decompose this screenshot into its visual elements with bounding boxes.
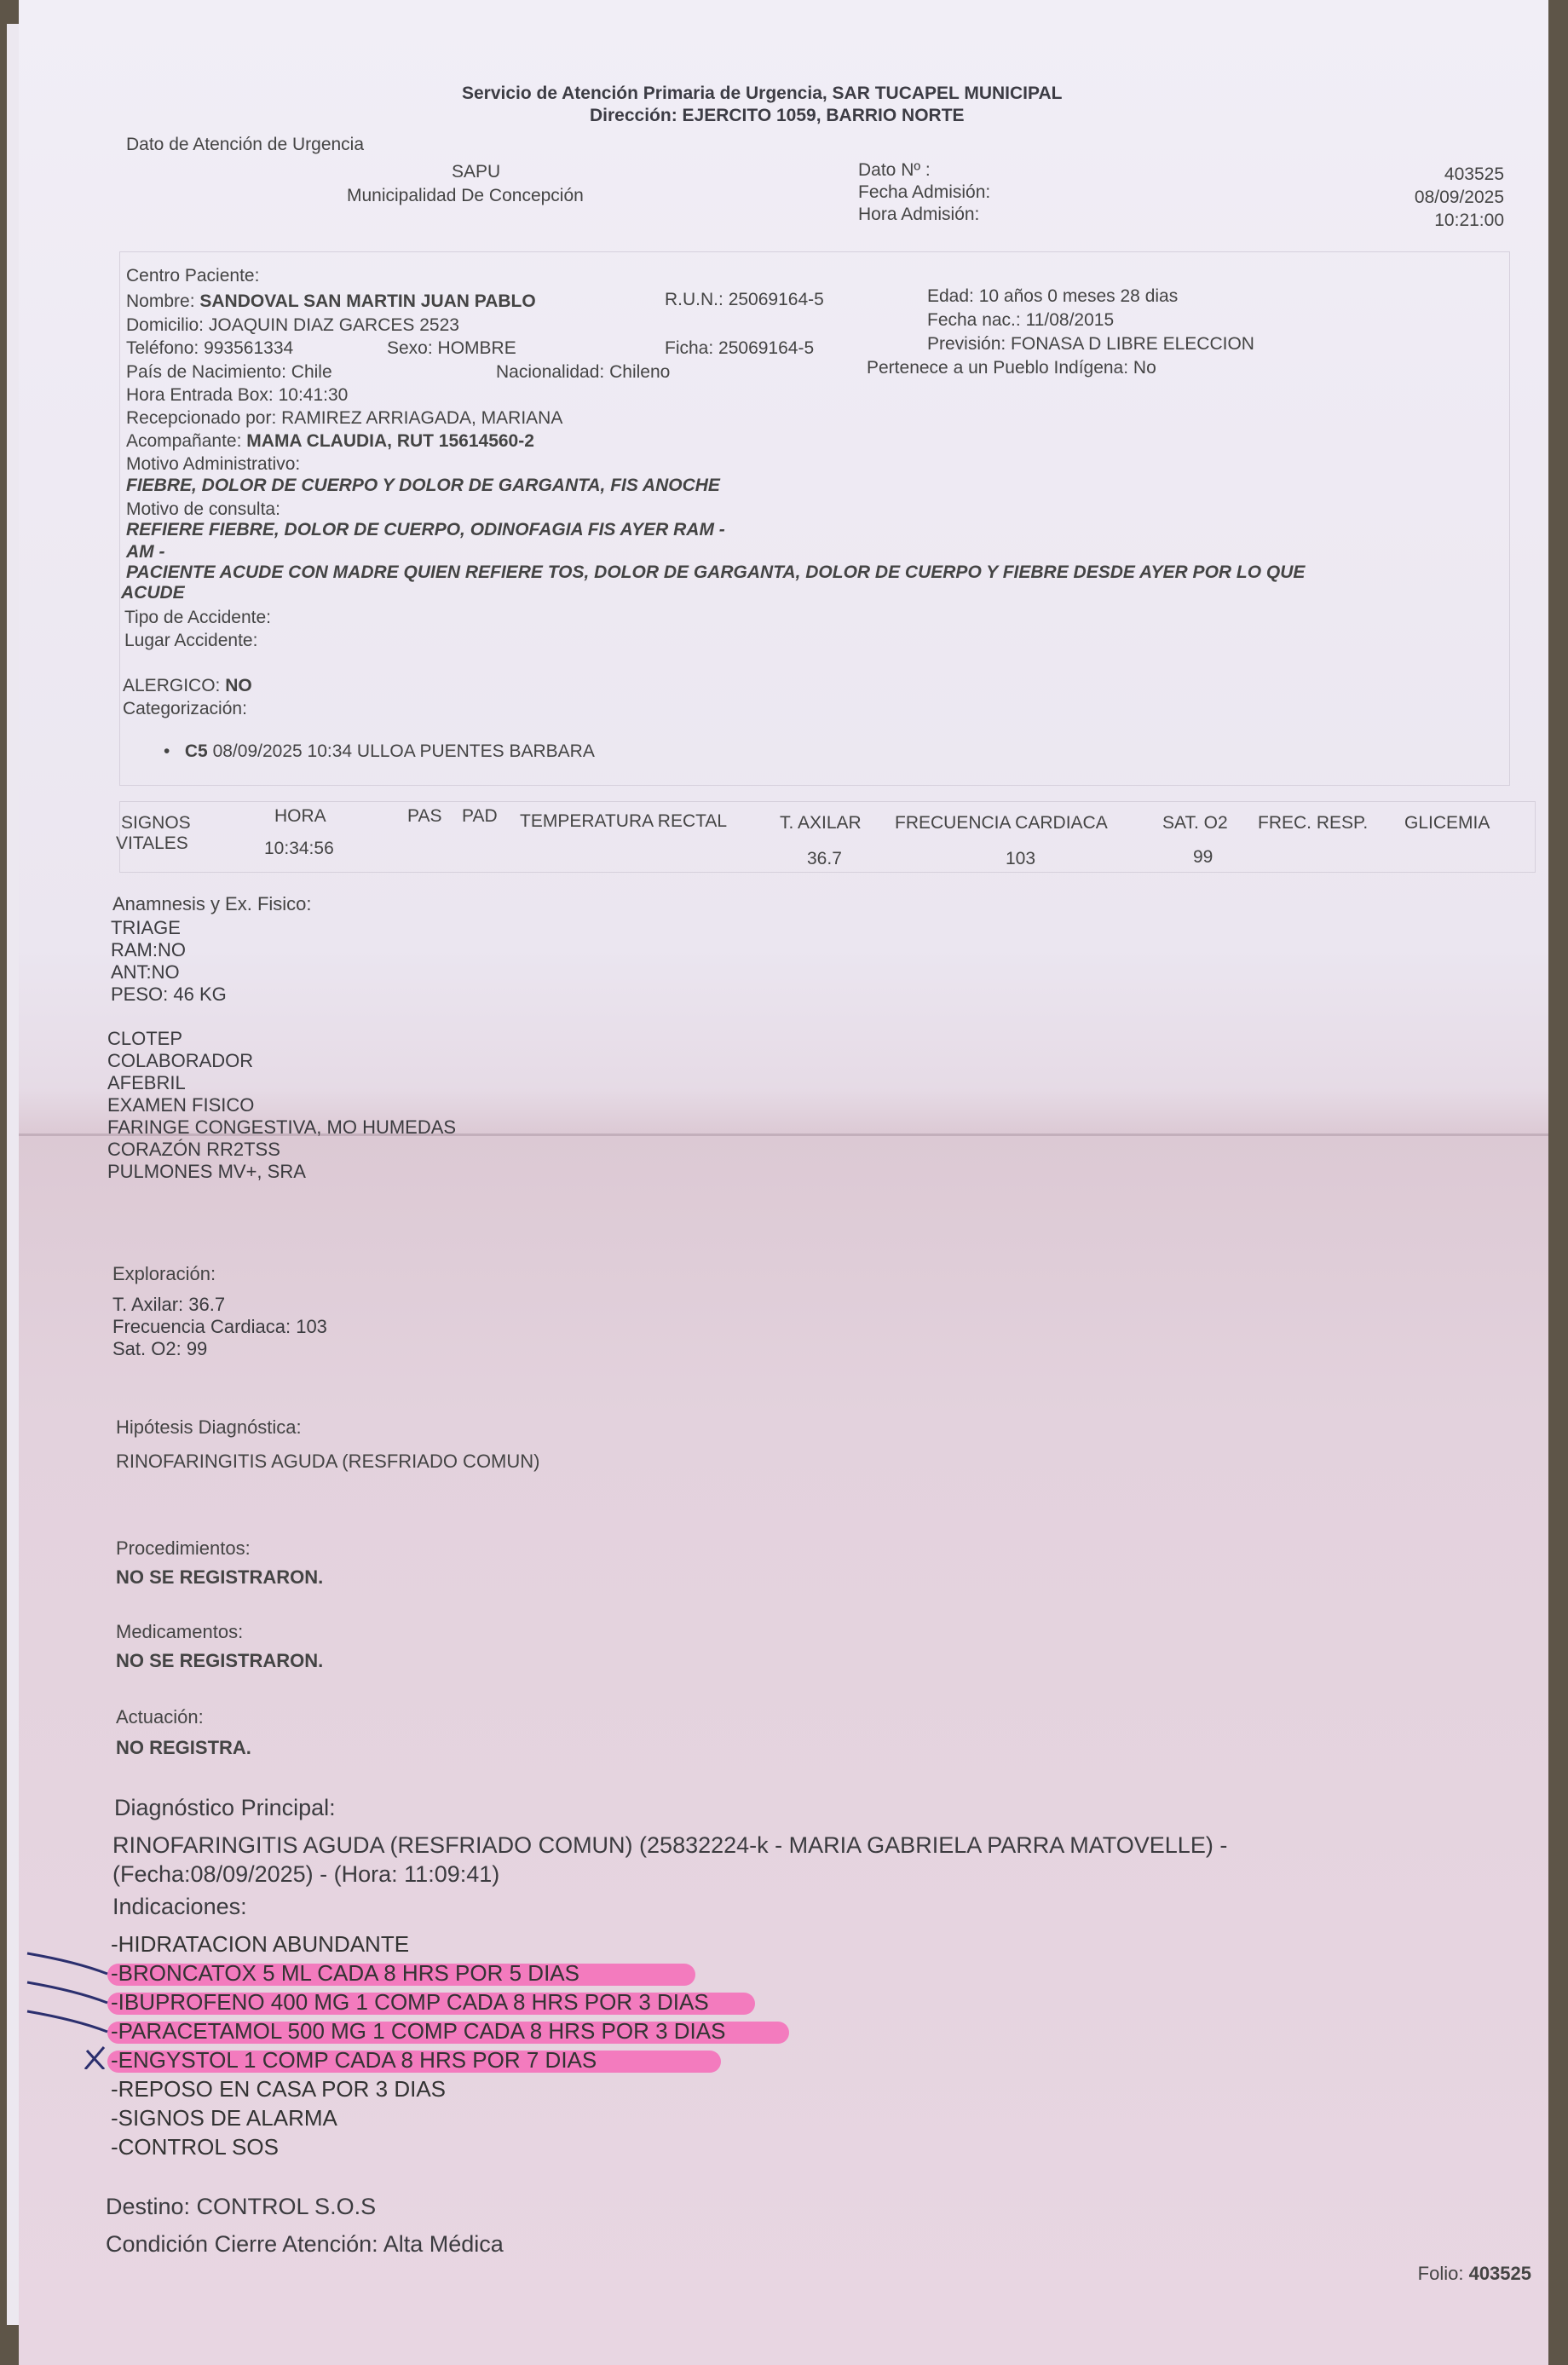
- pais-label: País de Nacimiento:: [126, 362, 286, 382]
- indicacion-item: -IBUPROFENO 400 MG 1 COMP CADA 8 HRS POR…: [111, 1989, 709, 2016]
- motivo-adm-label: Motivo Administrativo:: [126, 454, 300, 475]
- vitals-col-glicemia: GLICEMIA: [1404, 813, 1490, 834]
- lugar-accidente-label: Lugar Accidente:: [124, 631, 257, 651]
- indicacion-item: -PARACETAMOL 500 MG 1 COMP CADA 8 HRS PO…: [111, 2018, 725, 2045]
- centro-paciente-label: Centro Paciente:: [126, 266, 259, 286]
- exploracion-label: Exploración:: [112, 1263, 216, 1285]
- medicamentos-value: NO SE REGISTRARON.: [116, 1650, 323, 1672]
- anamnesis-exam-line: EXAMEN FISICO: [107, 1094, 456, 1116]
- hora-box-label: Hora Entrada Box:: [126, 385, 274, 405]
- nacionalidad-label: Nacionalidad:: [496, 362, 604, 382]
- recepcionado-row: Recepcionado por: RAMIREZ ARRIAGADA, MAR…: [126, 408, 562, 429]
- diagnostico-line-1: RINOFARINGITIS AGUDA (RESFRIADO COMUN) (…: [112, 1832, 1227, 1859]
- edad-value: 10 años 0 meses 28 dias: [979, 286, 1178, 306]
- indicacion-item: -SIGNOS DE ALARMA: [111, 2105, 337, 2131]
- indicacion-item: -BRONCATOX 5 ML CADA 8 HRS POR 5 DIAS: [111, 1960, 579, 1987]
- sexo-label: Sexo:: [387, 338, 433, 358]
- pueblo-value: No: [1133, 358, 1156, 378]
- bullet-icon: •: [164, 741, 180, 761]
- fecha-nac-row: Fecha nac.: 11/08/2015: [927, 310, 1114, 331]
- institution-title: Servicio de Atención Primaria de Urgenci…: [462, 84, 1062, 104]
- nacionalidad-value: Chileno: [609, 362, 670, 382]
- hipotesis-label: Hipótesis Diagnóstica:: [116, 1416, 302, 1439]
- anamnesis-triage-block: TRIAGERAM:NOANT:NOPESO: 46 KG: [111, 917, 227, 1006]
- domicilio-row: Domicilio: JOAQUIN DIAZ GARCES 2523: [126, 315, 459, 336]
- telefono-value: 993561334: [204, 338, 293, 358]
- prevision-row: Previsión: FONASA D LIBRE ELECCION: [927, 334, 1254, 355]
- sexo-row: Sexo: HOMBRE: [387, 338, 516, 359]
- alergico-label: ALERGICO:: [123, 676, 220, 695]
- diagnostico-label: Diagnóstico Principal:: [114, 1795, 336, 1821]
- motivo-consulta-line-3: PACIENTE ACUDE CON MADRE QUIEN REFIERE T…: [126, 562, 1305, 583]
- fecha-admision-label: Fecha Admisión:: [858, 182, 990, 203]
- procedimientos-value: NO SE REGISTRARON.: [116, 1566, 323, 1589]
- domicilio-label: Domicilio:: [126, 315, 204, 335]
- vitals-col-pad: PAD: [462, 806, 498, 827]
- vitals-label-2: VITALES: [116, 834, 188, 854]
- hipotesis-value: RINOFARINGITIS AGUDA (RESFRIADO COMUN): [116, 1451, 539, 1473]
- indicacion-item: -HIDRATACION ABUNDANTE: [111, 1931, 409, 1958]
- categorizacion-detail: 08/09/2025 10:34 ULLOA PUENTES BARBARA: [213, 741, 595, 761]
- indicacion-item: -REPOSO EN CASA POR 3 DIAS: [111, 2076, 446, 2103]
- categorizacion-label: Categorización:: [123, 699, 247, 719]
- anamnesis-label: Anamnesis y Ex. Fisico:: [112, 893, 312, 915]
- institution-address: Dirección: EJERCITO 1059, BARRIO NORTE: [590, 106, 965, 126]
- exploracion-line: T. Axilar: 36.7: [112, 1294, 327, 1316]
- condicion-cierre: Condición Cierre Atención: Alta Médica: [106, 2231, 504, 2258]
- alergico-row: ALERGICO: NO: [123, 676, 252, 696]
- categorizacion-entry: • C5 08/09/2025 10:34 ULLOA PUENTES BARB…: [164, 741, 595, 762]
- acompanante-value: MAMA CLAUDIA, RUT 15614560-2: [246, 431, 534, 451]
- dato-label: Dato Nº :: [858, 160, 931, 181]
- vitals-hora-value: 10:34:56: [264, 839, 334, 859]
- diagnostico-line-2: (Fecha:08/09/2025) - (Hora: 11:09:41): [112, 1861, 499, 1888]
- recepcionado-label: Recepcionado por:: [126, 408, 276, 428]
- exploracion-line: Sat. O2: 99: [112, 1338, 327, 1360]
- telefono-label: Teléfono:: [126, 338, 199, 358]
- acompanante-row: Acompañante: MAMA CLAUDIA, RUT 15614560-…: [126, 431, 534, 452]
- motivo-consulta-line-2: AM -: [126, 542, 165, 562]
- anamnesis-line: ANT:NO: [111, 961, 227, 983]
- anamnesis-exam-line: AFEBRIL: [107, 1072, 456, 1094]
- destino: Destino: CONTROL S.O.S: [106, 2194, 376, 2220]
- anamnesis-exam-line: CLOTEP: [107, 1028, 456, 1050]
- ficha-row: Ficha: 25069164-5: [665, 338, 814, 359]
- medicamentos-label: Medicamentos:: [116, 1621, 243, 1643]
- anamnesis-line: PESO: 46 KG: [111, 983, 227, 1006]
- patient-name-row: Nombre: SANDOVAL SAN MARTIN JUAN PABLO: [126, 291, 536, 312]
- dato-value: 403525: [1444, 164, 1504, 185]
- medical-record-document: Servicio de Atención Primaria de Urgenci…: [19, 0, 1548, 2365]
- actuacion-label: Actuación:: [116, 1706, 204, 1728]
- nacionalidad-row: Nacionalidad: Chileno: [496, 362, 670, 383]
- sexo-value: HOMBRE: [438, 338, 516, 358]
- edad-label: Edad:: [927, 286, 974, 306]
- fecha-nac-value: 11/08/2015: [1026, 310, 1115, 330]
- municipality: Municipalidad De Concepción: [347, 186, 584, 206]
- folio-row: Folio: 403525: [1418, 2263, 1531, 2285]
- hora-box-row: Hora Entrada Box: 10:41:30: [126, 385, 348, 406]
- prevision-value: FONASA D LIBRE ELECCION: [1011, 334, 1254, 354]
- exploracion-line: Frecuencia Cardiaca: 103: [112, 1316, 327, 1338]
- fecha-nac-label: Fecha nac.:: [927, 310, 1021, 330]
- vitals-col-hora: HORA: [274, 806, 326, 827]
- anamnesis-line: TRIAGE: [111, 917, 227, 939]
- tipo-accidente-label: Tipo de Accidente:: [124, 608, 271, 628]
- indicaciones-label: Indicaciones:: [112, 1894, 247, 1920]
- run-value: 25069164-5: [729, 290, 824, 309]
- run-label: R.U.N.:: [665, 290, 723, 309]
- unit-name: SAPU: [452, 162, 500, 182]
- telefono-row: Teléfono: 993561334: [126, 338, 293, 359]
- run-row: R.U.N.: 25069164-5: [665, 290, 824, 310]
- vitals-col-frec-resp: FREC. RESP.: [1258, 813, 1368, 834]
- domicilio-value: JOAQUIN DIAZ GARCES 2523: [209, 315, 459, 335]
- anamnesis-line: RAM:NO: [111, 939, 227, 961]
- pueblo-label: Pertenece a un Pueblo Indígena:: [867, 358, 1128, 378]
- pais-row: País de Nacimiento: Chile: [126, 362, 332, 383]
- pen-x-mark-icon: [26, 2035, 111, 2069]
- hora-box-value: 10:41:30: [279, 385, 349, 405]
- motivo-consulta-label: Motivo de consulta:: [126, 499, 280, 520]
- vitals-col-frec-cardiaca: FRECUENCIA CARDIACA: [895, 813, 1108, 834]
- pais-value: Chile: [291, 362, 332, 382]
- document-title: Dato de Atención de Urgencia: [126, 135, 364, 155]
- vitals-col-pas: PAS: [407, 806, 441, 827]
- categorizacion-code: C5: [185, 741, 208, 761]
- folio-label: Folio:: [1418, 2263, 1464, 2284]
- motivo-adm-value: FIEBRE, DOLOR DE CUERPO Y DOLOR DE GARGA…: [126, 476, 720, 496]
- indicacion-item: -ENGYSTOL 1 COMP CADA 8 HRS POR 7 DIAS: [111, 2047, 597, 2074]
- vitals-col-temp-rectal: TEMPERATURA RECTAL: [520, 811, 727, 832]
- vitals-label-1: SIGNOS: [121, 813, 191, 834]
- anamnesis-exam-line: CORAZÓN RR2TSS: [107, 1139, 456, 1161]
- alergico-value: NO: [225, 676, 252, 695]
- vitals-col-sat-o2: SAT. O2: [1162, 813, 1228, 834]
- procedimientos-label: Procedimientos:: [116, 1537, 251, 1560]
- anamnesis-exam-block: CLOTEPCOLABORADORAFEBRILEXAMEN FISICOFAR…: [107, 1028, 456, 1183]
- motivo-consulta-line-4: ACUDE: [121, 583, 185, 603]
- vitals-sat-o2-value: 99: [1193, 847, 1213, 868]
- vitals-t-axilar-value: 36.7: [807, 849, 842, 869]
- recepcionado-value: RAMIREZ ARRIAGADA, MARIANA: [281, 408, 562, 428]
- actuacion-value: NO REGISTRA.: [116, 1737, 251, 1759]
- fecha-admision-value: 08/09/2025: [1415, 187, 1504, 208]
- vitals-col-t-axilar: T. AXILAR: [780, 813, 862, 834]
- hora-admision-value: 10:21:00: [1434, 211, 1504, 231]
- hora-admision-label: Hora Admisión:: [858, 205, 979, 225]
- patient-name: SANDOVAL SAN MARTIN JUAN PABLO: [199, 291, 535, 311]
- pueblo-indigena-row: Pertenece a un Pueblo Indígena: No: [867, 358, 1156, 378]
- ficha-label: Ficha:: [665, 338, 713, 358]
- vitals-frec-cardiaca-value: 103: [1006, 849, 1035, 869]
- indicacion-item: -CONTROL SOS: [111, 2134, 279, 2160]
- acompanante-label: Acompañante:: [126, 431, 241, 451]
- exploracion-block: T. Axilar: 36.7Frecuencia Cardiaca: 103S…: [112, 1294, 327, 1360]
- anamnesis-exam-line: PULMONES MV+, SRA: [107, 1161, 456, 1183]
- prevision-label: Previsión:: [927, 334, 1006, 354]
- ficha-value: 25069164-5: [718, 338, 814, 358]
- motivo-consulta-line-1: REFIERE FIEBRE, DOLOR DE CUERPO, ODINOFA…: [126, 520, 725, 540]
- nombre-label: Nombre:: [126, 291, 195, 311]
- paper-fold: [19, 1133, 1548, 1136]
- folio-value: 403525: [1469, 2263, 1531, 2284]
- anamnesis-exam-line: COLABORADOR: [107, 1050, 456, 1072]
- edad-row: Edad: 10 años 0 meses 28 dias: [927, 286, 1178, 307]
